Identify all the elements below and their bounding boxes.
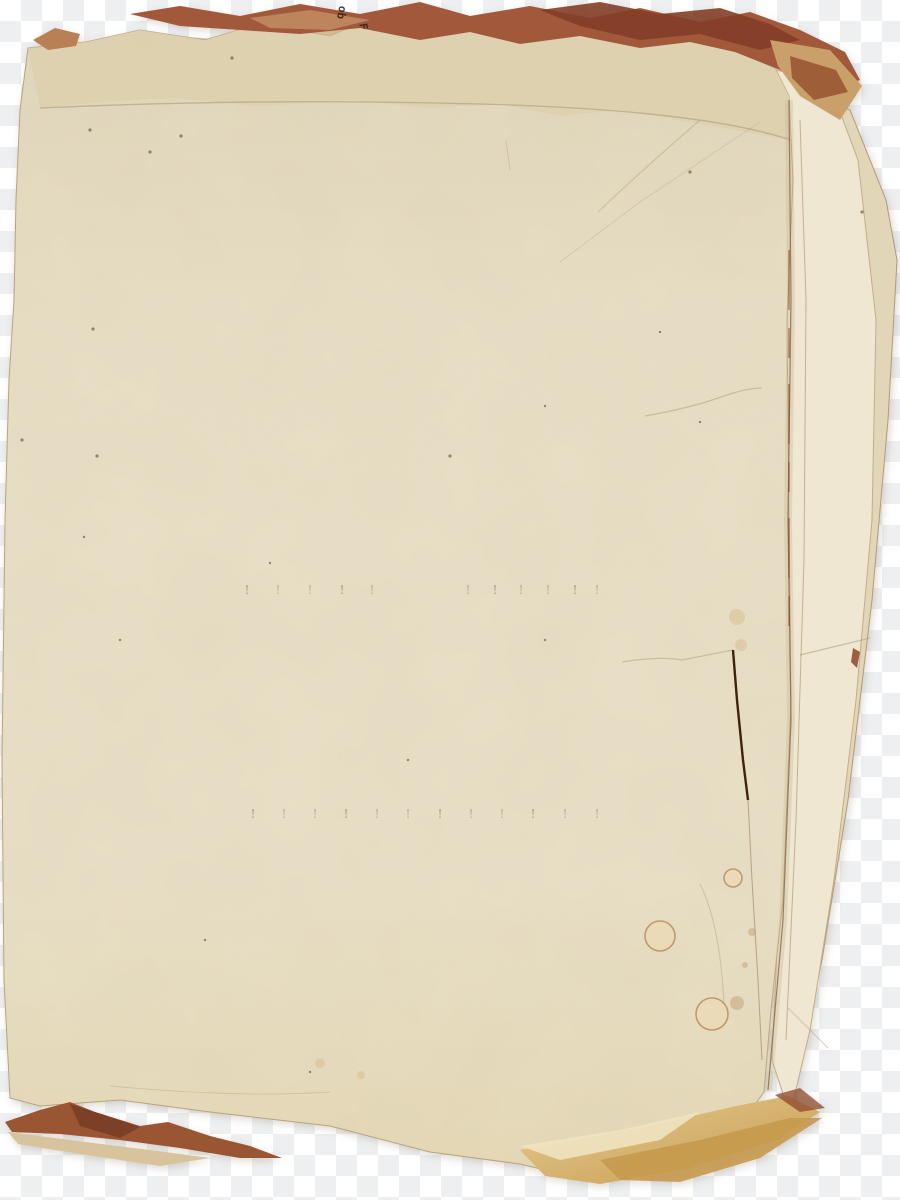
paper-speck — [95, 454, 98, 457]
paper-speck — [699, 421, 701, 423]
paper-speck — [269, 562, 271, 564]
paper-speck — [91, 327, 94, 330]
paper-speck — [88, 128, 91, 131]
paper-speck — [119, 639, 121, 641]
stain — [357, 1071, 365, 1079]
paper-speck — [407, 759, 409, 761]
stain — [696, 998, 728, 1030]
paper-speck — [448, 454, 451, 457]
paper-speck — [83, 536, 85, 538]
stain — [645, 921, 675, 951]
stain — [724, 869, 742, 887]
paper-speck — [20, 438, 23, 441]
paper-speck — [204, 939, 206, 941]
paper-stack — [0, 0, 900, 1200]
paper-stack-image — [0, 0, 900, 1200]
paper-speck — [148, 150, 151, 153]
transparency-checkerboard: !!!!!!!!!!!!!!!!!!!!!!!obF — [0, 0, 900, 1200]
stain — [742, 962, 748, 968]
stain — [315, 1058, 325, 1068]
paper-speck — [688, 170, 691, 173]
paper-speck — [544, 639, 546, 641]
paper-speck — [860, 210, 863, 213]
stain — [748, 928, 756, 936]
paper-speck — [659, 331, 661, 333]
paper-grain-texture — [0, 0, 900, 1200]
stain — [735, 639, 747, 651]
paper-speck — [309, 1071, 311, 1073]
stain — [729, 609, 745, 625]
paper-speck — [544, 405, 546, 407]
paper-speck — [230, 56, 233, 59]
paper-speck — [179, 134, 182, 137]
stain — [730, 996, 744, 1010]
